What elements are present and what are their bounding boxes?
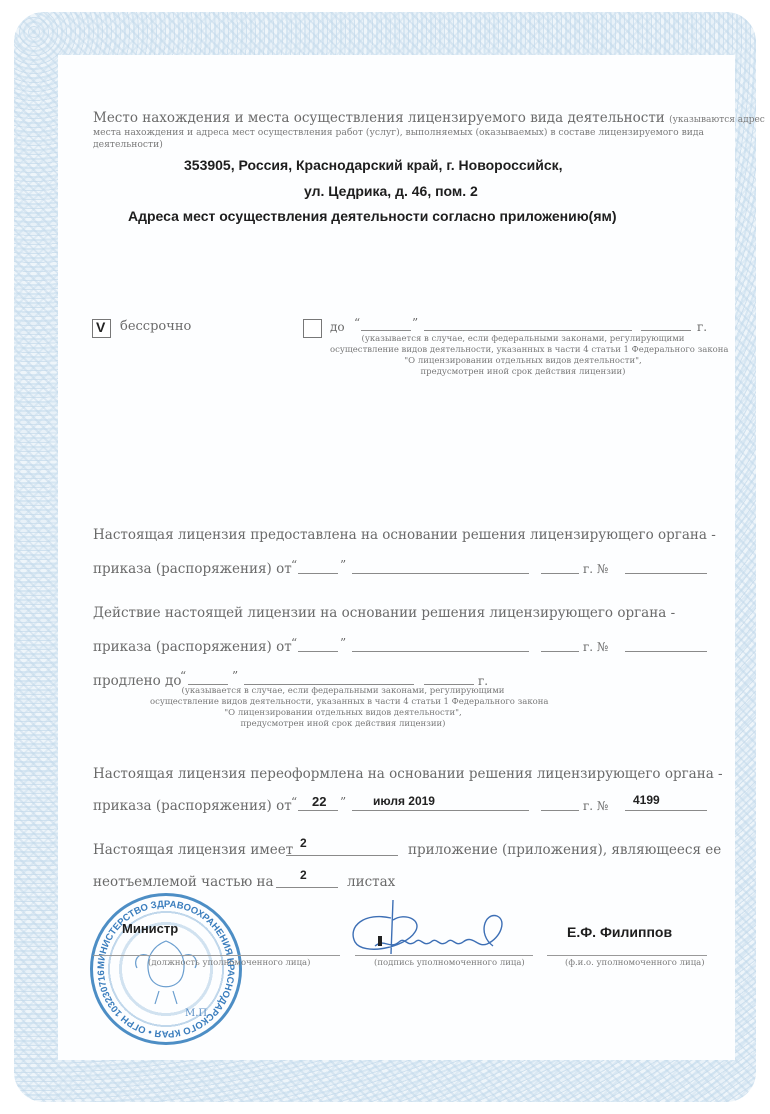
extended-year-field[interactable] [541, 651, 579, 652]
check-mark-icon: V [96, 319, 105, 335]
year-suffix: г. [697, 320, 707, 334]
reissued-number-value: 4199 [633, 793, 660, 807]
reissued-number-field[interactable] [625, 810, 707, 811]
address-line-1: 353905, Россия, Краснодарский край, г. Н… [184, 157, 563, 173]
address-line-3: Адреса мест осуществления деятельности с… [128, 208, 617, 224]
extended-until-month-field[interactable] [244, 684, 414, 685]
extended-order-prefix: приказа (распоряжения) от [93, 639, 292, 655]
extended-day-field[interactable] [298, 651, 338, 652]
signature-line [355, 955, 533, 956]
appendix-count-value: 2 [300, 836, 307, 850]
close-quote: ” [232, 669, 238, 683]
extended-number-label: г. № [583, 640, 608, 654]
extended-until-year-field[interactable] [424, 684, 474, 685]
reissued-day-value: 22 [312, 794, 326, 809]
indefinite-label: бессрочно [120, 319, 191, 334]
close-quote: ” [340, 795, 346, 809]
validity-note: (указывается в случае, если федеральными… [330, 334, 716, 378]
reissued-number-label: г. № [583, 799, 608, 813]
appendix-suffix: приложение (приложения), являющееся ее [408, 842, 721, 858]
extended-note: (указывается в случае, если федеральными… [150, 686, 536, 730]
signer-position: Министр [122, 921, 178, 936]
appendix-count-field[interactable] [286, 855, 398, 856]
name-line [547, 955, 707, 956]
close-quote: ” [340, 636, 346, 650]
open-quote: “ [291, 558, 297, 572]
until-day-field[interactable] [361, 330, 411, 331]
extended-until-day-field[interactable] [188, 684, 228, 685]
signature-caption: (подпись уполномоченного лица) [374, 958, 525, 968]
appendix-prefix: Настоящая лицензия имеет [93, 842, 293, 858]
position-caption: (должность уполномоченного лица) [148, 958, 310, 968]
seal-mp-mark: М.П. [185, 1008, 210, 1019]
reissued-month-year-value: июля 2019 [373, 794, 435, 808]
granted-order-prefix: приказа (распоряжения) от [93, 561, 292, 577]
open-quote: “ [291, 636, 297, 650]
reissued-month-field[interactable] [352, 810, 529, 811]
reissued-order-prefix: приказа (распоряжения) от [93, 798, 292, 814]
indefinite-checkbox[interactable]: V [92, 319, 111, 338]
signer-name: Е.Ф. Филиппов [567, 924, 672, 940]
until-prefix: до [330, 320, 345, 334]
granted-year-field[interactable] [541, 573, 579, 574]
heading-note-line3: деятельности) [93, 139, 163, 150]
handwritten-signature-icon [345, 898, 525, 958]
close-quote: ” [412, 316, 418, 330]
appendix-sheets-suffix: листах [347, 874, 395, 890]
appendix-sheets-field[interactable] [276, 887, 338, 888]
seal-emblem-icon: МИНИСТЕРСТВО ЗДРАВООХРАНЕНИЯ КРАСНОДАРСК… [93, 896, 239, 1042]
appendix-sheets-prefix: неотъемлемой частью на [93, 874, 274, 890]
until-year-field[interactable] [641, 330, 691, 331]
reissued-line-1: Настоящая лицензия переоформлена на осно… [93, 766, 723, 782]
heading-note: (указываются адрес [669, 115, 765, 125]
granted-number-label: г. № [583, 562, 608, 576]
open-quote: “ [354, 316, 360, 330]
location-heading: Место нахождения и места осуществления л… [93, 110, 765, 126]
address-line-2: ул. Цедрика, д. 46, пом. 2 [304, 183, 478, 199]
granted-line-1: Настоящая лицензия предоставлена на осно… [93, 527, 716, 543]
extended-month-field[interactable] [352, 651, 529, 652]
open-quote: “ [291, 795, 297, 809]
name-caption: (ф.и.о. уполномоченного лица) [565, 958, 705, 968]
heading-text: Место нахождения и места осуществления л… [93, 110, 665, 126]
heading-note-line2: места нахождения и адреса мест осуществл… [93, 127, 704, 138]
reissued-year-field[interactable] [541, 810, 579, 811]
granted-month-field[interactable] [352, 573, 529, 574]
close-quote: ” [340, 558, 346, 572]
granted-day-field[interactable] [298, 573, 338, 574]
extended-number-field[interactable] [625, 651, 707, 652]
until-checkbox[interactable] [303, 319, 322, 338]
position-line [93, 955, 340, 956]
open-quote: “ [180, 669, 186, 683]
until-month-field[interactable] [424, 330, 632, 331]
extended-line-1: Действие настоящей лицензии на основании… [93, 605, 675, 621]
reissued-day-field[interactable] [298, 810, 338, 811]
official-seal: МИНИСТЕРСТВО ЗДРАВООХРАНЕНИЯ КРАСНОДАРСК… [90, 893, 242, 1045]
appendix-sheets-value: 2 [300, 868, 307, 882]
granted-number-field[interactable] [625, 573, 707, 574]
